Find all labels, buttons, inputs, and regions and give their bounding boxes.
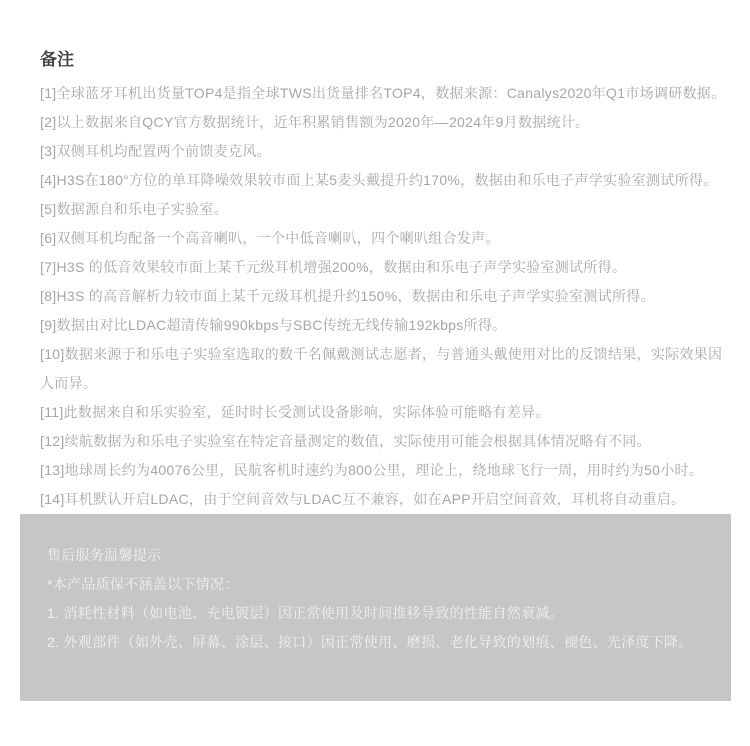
note-item-3: [3]双侧耳机均配置两个前馈麦克风。 xyxy=(40,137,746,166)
service-notice-subtitle: *本产品质保不涵盖以下情况： xyxy=(47,570,711,599)
note-item-13: [13]地球周长约为40076公里，民航客机时速约为800公里，理论上，绕地球飞… xyxy=(40,456,746,485)
note-item-1: [1]全球蓝牙耳机出货量TOP4是指全球TWS出货量排名TOP4，数据来源：Ca… xyxy=(40,79,746,108)
note-item-10: [10]数据来源于和乐电子实验室选取的数千名佩戴测试志愿者，与普通头戴使用对比的… xyxy=(40,340,746,398)
note-item-6: [6]双侧耳机均配备一个高音喇叭，一个中低音喇叭，四个喇叭组合发声。 xyxy=(40,224,746,253)
note-item-2: [2]以上数据来自QCY官方数据统计，近年积累销售额为2020年—2024年9月… xyxy=(40,108,746,137)
notes-section-title: 备注 xyxy=(40,0,750,70)
note-item-5: [5]数据源自和乐电子实验室。 xyxy=(40,195,746,224)
notes-list: [1]全球蓝牙耳机出货量TOP4是指全球TWS出货量排名TOP4，数据来源：Ca… xyxy=(40,79,746,514)
service-notice-item-2: 2. 外观部件（如外壳、屏幕、涂层、接口）因正常使用、磨损、老化导致的划痕、褪色… xyxy=(47,628,711,657)
note-item-12: [12]续航数据为和乐电子实验室在特定音量测定的数值，实际使用可能会根据具体情况… xyxy=(40,427,746,456)
note-item-11: [11]此数据来自和乐实验室，延时时长受测试设备影响，实际体验可能略有差异。 xyxy=(40,398,746,427)
note-item-9: [9]数据由对比LDAC超清传输990kbps与SBC传统无线传输192kbps… xyxy=(40,311,746,340)
note-item-4: [4]H3S在180°方位的单耳降噪效果较市面上某5麦头戴提升约170%，数据由… xyxy=(40,166,746,195)
product-notes-page: 备注 [1]全球蓝牙耳机出货量TOP4是指全球TWS出货量排名TOP4，数据来源… xyxy=(0,0,750,746)
note-item-14: [14]耳机默认开启LDAC，由于空间音效与LDAC互不兼容，如在APP开启空间… xyxy=(40,485,746,514)
note-item-8: [8]H3S 的高音解析力较市面上某千元级耳机提升约150%，数据由和乐电子声学… xyxy=(40,282,746,311)
service-notice-item-1: 1. 消耗性材料（如电池、充电镀层）因正常使用及时间推移导致的性能自然衰减。 xyxy=(47,599,711,628)
note-item-7: [7]H3S 的低音效果较市面上某千元级耳机增强200%，数据由和乐电子声学实验… xyxy=(40,253,746,282)
service-notice-box: 售后服务温馨提示 *本产品质保不涵盖以下情况： 1. 消耗性材料（如电池、充电镀… xyxy=(20,514,731,701)
service-notice-title: 售后服务温馨提示 xyxy=(47,541,711,570)
